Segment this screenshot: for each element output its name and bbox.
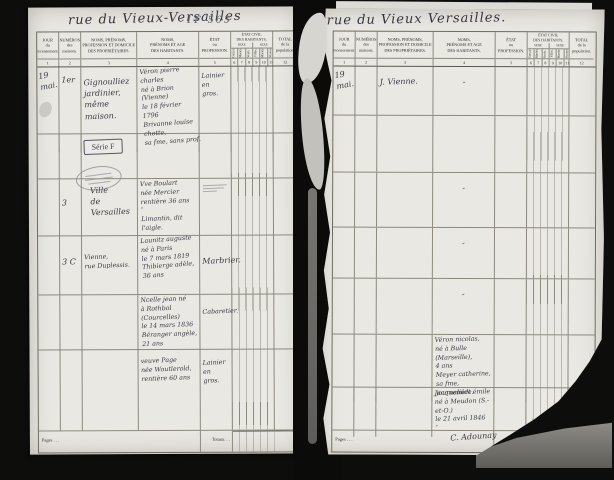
register-row: Ncelle jean né à Rothbol (Courcelles) le…: [38, 294, 296, 350]
cell-habitants: [138, 134, 200, 178]
left-page: rue du Vieux-Versailles 1F 565 JOUR du r…: [28, 6, 302, 454]
cell-jour: [333, 173, 355, 227]
cell-habitants: Launitz auguste né à Paris le 7 mars 181…: [138, 236, 200, 294]
register-row: Jacquemidt émile né à Meudon (S.-et-O.) …: [332, 388, 594, 431]
group-sexe-masculin: SEXE MASCULIN. Garçons.6 Mariés.7 Veufs.…: [231, 43, 252, 66]
cell-proprietaire: [83, 350, 139, 430]
column-header-numeros: NUMÉROS des maisons. 2: [59, 32, 81, 66]
register-row-stamps: Série F: [38, 133, 296, 179]
census-table-right: JOUR du recensement. 1 NUMÉROS des maiso…: [331, 31, 596, 454]
register-row: veuve Page née Woutlerold, rentière 60 a…: [39, 349, 297, 430]
column-header-numeros: NUMÉROS des maisons. 2: [356, 32, 378, 66]
serie-f-stamp: Série F: [83, 139, 122, 156]
column-header-habitants: NOMS, PRÉNOMS ET AGE DES HABITANTS. 4: [137, 32, 199, 66]
totaux-columns: [233, 431, 275, 452]
cell-etat: Lainier en gros.: [201, 350, 233, 430]
cell-habitants: ″: [433, 67, 495, 115]
column-header-etat: ÉTAT ou PROFESSION. 5: [199, 32, 231, 66]
cell-habitants: ″: [433, 173, 495, 227]
cell-etat: Cabaretier.: [200, 295, 232, 353]
cell-proprietaire: [377, 116, 433, 172]
column-header-etat-civil: ÉTAT CIVIL DES HABITANTS. SEXE MASCULIN.…: [528, 32, 570, 66]
cell-etat: [200, 134, 232, 178]
etat-civil-columns: [233, 350, 275, 430]
register-row: 3 Ville de Versailles Vve Boulart née Me…: [38, 178, 296, 236]
etat-civil-columns: [232, 134, 274, 178]
cell-proprietaire: [377, 173, 433, 227]
etat-civil-columns: [527, 173, 569, 227]
cell-proprietaire: [82, 295, 138, 353]
etat-civil-columns: [527, 116, 569, 172]
street-title-handwriting: rue du Vieux Versailles.: [327, 9, 507, 30]
cell-numero: [60, 134, 82, 178]
cell-etat: [495, 228, 527, 278]
cell-habitants: Vve Boulart née Mercier rentière 36 ans …: [138, 179, 200, 237]
cell-numero: [60, 295, 82, 353]
cell-numero: [355, 67, 377, 115]
etat-civil-columns: [232, 179, 274, 237]
cell-habitants: ″: [433, 228, 495, 278]
cell-habitants: veuve Page née Woutlerold, rentière 60 a…: [139, 350, 201, 430]
cell-numero: [355, 228, 377, 278]
etat-civil-columns: [232, 236, 274, 294]
etat-civil-columns: [527, 67, 569, 115]
cell-numero: [355, 279, 377, 334]
cell-numero: [355, 116, 377, 172]
cell-numero: 3: [60, 179, 82, 237]
cell-proprietaire: Vienne, rue Duplessis.: [82, 236, 138, 294]
cell-proprietaire: [377, 279, 433, 334]
cell-proprietaire: J. Vienne.: [377, 67, 433, 115]
cell-total: [569, 116, 593, 172]
register-row: ″: [333, 173, 595, 229]
cell-total: [569, 67, 593, 115]
column-header-jour: JOUR du recensement. 1: [37, 32, 59, 66]
cell-jour: [38, 134, 60, 178]
cell-habitants: Ncelle jean né à Rothbol (Courcelles) le…: [138, 295, 200, 353]
pencil-smudge: [37, 100, 54, 119]
pages-label: Pages . . .: [332, 431, 376, 452]
cell-jour: [38, 295, 60, 353]
cell-jour: 19 mai.: [333, 67, 355, 115]
seam-paper-ridge: [308, 188, 317, 444]
left-page-title-strip: rue du Vieux-Versailles 1F 565: [28, 6, 300, 31]
cell-habitants: ″: [433, 279, 495, 334]
census-table-left: JOUR du recensement. 1 NUMÉROS des maiso…: [36, 30, 298, 453]
column-header-proprietaires: NOMS, PRÉNOMS, PROFESSION ET DOMICILE DE…: [81, 32, 137, 66]
cell-etat: Marbrier.: [200, 236, 232, 294]
group-sexe-masculin: SEXE MASCULIN. Garçons.6 Mariés.7 Veufs.…: [528, 43, 549, 66]
cell-jour: [333, 279, 355, 334]
table-header: JOUR du recensement. 1 NUMÉROS des maiso…: [334, 32, 596, 68]
cell-total: [569, 228, 593, 278]
register-row: 19 mai. J. Vienne. ″: [333, 67, 595, 117]
pages-label: Pages . . .: [39, 431, 83, 452]
right-page: rue du Vieux Versailles. JOUR du recense…: [317, 9, 605, 456]
cell-jour: [38, 236, 60, 294]
table-header: JOUR du recensement. 1 NUMÉROS des maiso…: [37, 31, 295, 67]
cell-etat: [495, 173, 527, 227]
register-row: ″: [333, 228, 595, 280]
group-sexe-feminin: SEXE FÉMININ. Filles.9 Mariées.10 Veuves…: [549, 43, 570, 66]
register-row: 19 mai. 1er Gignoulliez jardinier, même …: [37, 66, 295, 134]
register-row: [333, 116, 595, 174]
column-header-proprietaires: NOMS, PRÉNOMS, PROFESSION ET DOMICILE DE…: [378, 32, 434, 66]
register-row: 3 C Vienne, rue Duplessis. Launitz augus…: [38, 235, 296, 295]
archive-reference: 1F 565: [186, 14, 232, 27]
cell-etat: [495, 279, 527, 334]
register-row: ″: [333, 279, 595, 336]
cell-numero: [61, 350, 83, 430]
column-header-habitants: NOMS, PRÉNOMS ET AGE DES HABITANTS. 4: [434, 32, 496, 66]
cell-proprietaire: Ville de Versailles: [82, 179, 138, 237]
column-header-etat-civil: ÉTAT CIVIL DES HABITANTS. SEXE MASCULIN.…: [231, 32, 273, 66]
cell-total: [569, 173, 593, 227]
cell-etat: [200, 179, 232, 237]
etat-civil-columns: [527, 228, 569, 278]
cell-habitants: [433, 116, 495, 172]
pencil-annotation: [202, 183, 228, 194]
cell-jour: [333, 116, 355, 172]
right-page-title-strip: rue du Vieux Versailles.: [319, 9, 605, 32]
etat-civil-columns: [527, 279, 569, 334]
cell-proprietaire: [377, 228, 433, 278]
cell-numero: 3 C: [60, 236, 82, 294]
cell-total: [569, 279, 593, 334]
column-header-jour: JOUR du recensement. 1: [334, 32, 356, 66]
cell-etat: [495, 116, 527, 172]
cell-etat: [495, 67, 527, 115]
group-sexe-feminin: SEXE FÉMININ. Filles.9 Mariées.10 Veuves…: [252, 43, 273, 66]
totaux-label: Totaux. . .: [201, 431, 233, 452]
etat-civil-columns: [232, 295, 274, 353]
cell-numero: [355, 173, 377, 227]
table-footer: Pages . . . Totaux. . .: [39, 429, 297, 452]
cell-jour: [38, 179, 60, 237]
cell-total: [568, 335, 592, 402]
cell-jour: [39, 350, 61, 430]
column-header-total: TOTAL de la population. 12: [570, 32, 594, 66]
register-row: Véron nicolas, né à Bulle (Marseille), 4…: [332, 335, 594, 389]
cell-jour: [333, 228, 355, 278]
column-header-etat: ÉTAT ou PROFESSION. 5: [496, 32, 528, 66]
